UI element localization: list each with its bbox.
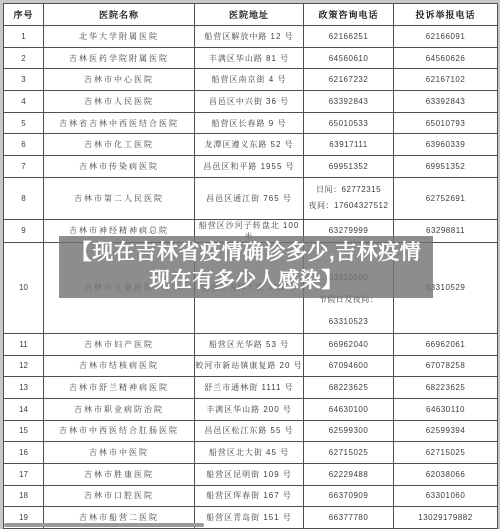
cell-row-number: 11: [4, 333, 44, 355]
cell-complaint-phone: 66962061: [394, 333, 498, 355]
cell-hospital-address: 船营区北大街 45 号: [195, 442, 304, 464]
table-row: 11吉林市妇产医院船营区光华路 53 号6696204066962061: [4, 333, 498, 355]
caption-line-1: 【现在吉林省疫情确诊多少,吉林疫情: [71, 239, 421, 267]
cell-hospital-name: 吉林市中心医院: [44, 69, 195, 91]
policy-phone-line: 夜间：17604327512: [304, 198, 393, 214]
policy-phone-line: 62166251: [304, 30, 393, 43]
table-row: 6吉林市化工医院龙潭区遵义东路 52 号6391711163960339: [4, 134, 498, 156]
horizontal-scrollbar[interactable]: [3, 523, 497, 528]
cell-complaint-phone: 62715025: [394, 442, 498, 464]
table-row: 15吉林市中西医结合肛肠医院昌邑区松江东路 55 号62599300625993…: [4, 420, 498, 442]
cell-complaint-phone: 63392843: [394, 91, 498, 113]
cell-policy-phone: 66370909: [304, 485, 394, 507]
header-name: 医院名称: [44, 4, 195, 26]
cell-hospital-name: 吉林市妇产医院: [44, 333, 195, 355]
cell-hospital-name: 吉林市结核病医院: [44, 355, 195, 377]
cell-row-number: 7: [4, 156, 44, 178]
table-header: 序号 医院名称 医院地址 政策咨询电话 投诉举报电话: [4, 4, 498, 26]
header-row: 序号 医院名称 医院地址 政策咨询电话 投诉举报电话: [4, 4, 498, 26]
table-row: 17吉林市胜康医院船营区昆明街 109 号6222948862038066: [4, 463, 498, 485]
cell-hospital-address: 昌邑区通江街 765 号: [195, 177, 304, 219]
cell-hospital-name: 吉林市化工医院: [44, 134, 195, 156]
cell-row-number: 13: [4, 377, 44, 399]
cell-hospital-name: 吉林市中医院: [44, 442, 195, 464]
policy-phone-line: 63310523: [304, 311, 393, 333]
cell-hospital-address: 船营区解放中路 12 号: [195, 26, 304, 48]
cell-row-number: 14: [4, 398, 44, 420]
table-row: 8吉林市第二人民医院昌邑区通江街 765 号日间：62772315夜间：1760…: [4, 177, 498, 219]
cell-hospital-address: 蛟河市新站镇康复路 20 号: [195, 355, 304, 377]
policy-phone-line: 69951352: [304, 160, 393, 173]
cell-policy-phone: 65010533: [304, 112, 394, 134]
cell-complaint-phone: 69951352: [394, 156, 498, 178]
cell-complaint-phone: 63960339: [394, 134, 498, 156]
policy-phone-line: 64560610: [304, 52, 393, 65]
cell-hospital-address: 舒兰市通林街 1111 号: [195, 377, 304, 399]
cell-row-number: 15: [4, 420, 44, 442]
policy-phone-line: 63917111: [304, 138, 393, 151]
cell-complaint-phone: 62166091: [394, 26, 498, 48]
cell-complaint-phone: 64560626: [394, 47, 498, 69]
cell-complaint-phone: 65010793: [394, 112, 498, 134]
table-row: 5吉林省吉林中西医结合医院船营区长春路 9 号6501053365010793: [4, 112, 498, 134]
cell-complaint-phone: 67078258: [394, 355, 498, 377]
cell-row-number: 4: [4, 91, 44, 113]
cell-complaint-phone: 62167102: [394, 69, 498, 91]
cell-policy-phone: 66962040: [304, 333, 394, 355]
cell-row-number: 18: [4, 485, 44, 507]
cell-hospital-name: 吉林市人民医院: [44, 91, 195, 113]
cell-policy-phone: 67094600: [304, 355, 394, 377]
cell-hospital-address: 昌邑区和平路 1955 号: [195, 156, 304, 178]
cell-policy-phone: 62166251: [304, 26, 394, 48]
policy-phone-line: 62167232: [304, 73, 393, 86]
table-row: 2吉林医药学院附属医院丰满区华山路 81 号6456061064560626: [4, 47, 498, 69]
header-address: 医院地址: [195, 4, 304, 26]
cell-hospital-address: 昌邑区中兴街 36 号: [195, 91, 304, 113]
cell-hospital-name: 吉林省吉林中西医结合医院: [44, 112, 195, 134]
header-no: 序号: [4, 4, 44, 26]
cell-hospital-address: 船营区光华路 53 号: [195, 333, 304, 355]
policy-phone-line: 67094600: [304, 359, 393, 372]
cell-policy-phone: 62599300: [304, 420, 394, 442]
table-row: 7吉林市传染病医院昌邑区和平路 1955 号6995135269951352: [4, 156, 498, 178]
table-row: 13吉林市舒兰精神病医院舒兰市通林街 1111 号682236256822362…: [4, 377, 498, 399]
cell-hospital-address: 船营区珲春街 167 号: [195, 485, 304, 507]
cell-hospital-address: 昌邑区松江东路 55 号: [195, 420, 304, 442]
cell-hospital-name: 吉林市传染病医院: [44, 156, 195, 178]
cell-row-number: 2: [4, 47, 44, 69]
cell-complaint-phone: 62038066: [394, 463, 498, 485]
page: 序号 医院名称 医院地址 政策咨询电话 投诉举报电话 1北华大学附属医院船营区解…: [0, 0, 500, 529]
header-complaint: 投诉举报电话: [394, 4, 498, 26]
cell-row-number: 8: [4, 177, 44, 219]
cell-policy-phone: 63917111: [304, 134, 394, 156]
policy-phone-line: 65010533: [304, 117, 393, 130]
cell-policy-phone: 69951352: [304, 156, 394, 178]
cell-row-number: 5: [4, 112, 44, 134]
cell-complaint-phone: 63301060: [394, 485, 498, 507]
policy-phone-line: 64630100: [304, 403, 393, 416]
policy-phone-line: 66370909: [304, 489, 393, 502]
cell-row-number: 6: [4, 134, 44, 156]
cell-row-number: 1: [4, 26, 44, 48]
cell-complaint-phone: 68223625: [394, 377, 498, 399]
cell-row-number: 10: [4, 242, 44, 333]
table-row: 1北华大学附属医院船营区解放中路 12 号6216625162166091: [4, 26, 498, 48]
policy-phone-line: 63392843: [304, 95, 393, 108]
cell-hospital-name: 吉林市中西医结合肛肠医院: [44, 420, 195, 442]
table-row: 3吉林市中心医院船营区南京街 4 号6216723262167102: [4, 69, 498, 91]
table-row: 4吉林市人民医院昌邑区中兴街 36 号6339284363392843: [4, 91, 498, 113]
cell-policy-phone: 日间：62772315夜间：17604327512: [304, 177, 394, 219]
cell-policy-phone: 68223625: [304, 377, 394, 399]
policy-phone-line: 62599300: [304, 424, 393, 437]
policy-phone-line: 62715025: [304, 446, 393, 459]
cell-hospital-address: 船营区长春路 9 号: [195, 112, 304, 134]
cell-hospital-address: 船营区南京街 4 号: [195, 69, 304, 91]
caption-overlay: 【现在吉林省疫情确诊多少,吉林疫情 现在有多少人感染】: [59, 236, 433, 298]
cell-policy-phone: 62229488: [304, 463, 394, 485]
cell-hospital-address: 龙潭区遵义东路 52 号: [195, 134, 304, 156]
cell-hospital-name: 吉林市第二人民医院: [44, 177, 195, 219]
table-row: 14吉林市职业病防治院丰满区华山路 200 号6463010064630110: [4, 398, 498, 420]
cell-policy-phone: 62715025: [304, 442, 394, 464]
table-row: 18吉林市口腔医院船营区珲春街 167 号6637090963301060: [4, 485, 498, 507]
cell-policy-phone: 63392843: [304, 91, 394, 113]
cell-policy-phone: 64630100: [304, 398, 394, 420]
cell-hospital-name: 吉林市胜康医院: [44, 463, 195, 485]
cell-hospital-name: 吉林市舒兰精神病医院: [44, 377, 195, 399]
table-row: 16吉林市中医院船营区北大街 45 号6271502562715025: [4, 442, 498, 464]
cell-row-number: 12: [4, 355, 44, 377]
cell-row-number: 17: [4, 463, 44, 485]
policy-phone-line: 日间：62772315: [304, 182, 393, 198]
cell-hospital-name: 吉林医药学院附属医院: [44, 47, 195, 69]
cell-hospital-address: 船营区昆明街 109 号: [195, 463, 304, 485]
caption-line-2: 现在有多少人感染】: [149, 267, 343, 295]
cell-complaint-phone: 64630110: [394, 398, 498, 420]
table-row: 12吉林市结核病医院蛟河市新站镇康复路 20 号6709460067078258: [4, 355, 498, 377]
header-policy: 政策咨询电话: [304, 4, 394, 26]
cell-row-number: 3: [4, 69, 44, 91]
scrollbar-thumb[interactable]: [4, 523, 204, 527]
cell-hospital-name: 吉林市职业病防治院: [44, 398, 195, 420]
cell-hospital-name: 北华大学附属医院: [44, 26, 195, 48]
cell-policy-phone: 64560610: [304, 47, 394, 69]
policy-phone-line: 66962040: [304, 338, 393, 351]
cell-row-number: 9: [4, 219, 44, 242]
cell-row-number: 16: [4, 442, 44, 464]
cell-complaint-phone: 62752691: [394, 177, 498, 219]
cell-policy-phone: 62167232: [304, 69, 394, 91]
cell-hospital-address: 丰满区华山路 200 号: [195, 398, 304, 420]
policy-phone-line: 68223625: [304, 381, 393, 394]
policy-phone-line: 62229488: [304, 468, 393, 481]
cell-hospital-name: 吉林市口腔医院: [44, 485, 195, 507]
cell-complaint-phone: 62599394: [394, 420, 498, 442]
cell-hospital-address: 丰满区华山路 81 号: [195, 47, 304, 69]
